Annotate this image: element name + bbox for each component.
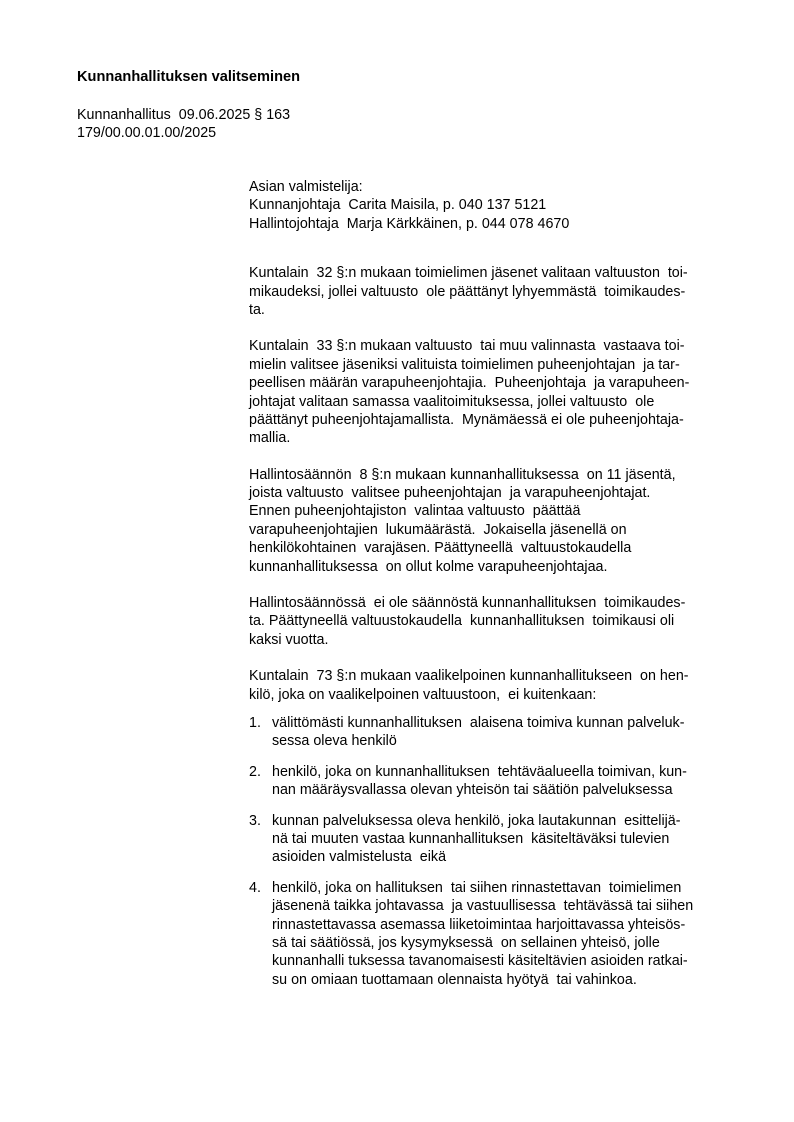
list-number: 3. bbox=[249, 812, 261, 830]
list-item: 4. henkilö, joka on hallituksen tai siih… bbox=[249, 879, 749, 989]
paragraph-line: joista valtuusto valitsee puheenjohtajan… bbox=[249, 484, 749, 502]
document-meta: Kunnanhallitus 09.06.2025 § 163 179/00.0… bbox=[77, 106, 290, 142]
paragraph-line: kaksi vuotta. bbox=[249, 631, 749, 649]
paragraph-line: varapuheenjohtajien lukumäärästä. Jokais… bbox=[249, 521, 749, 539]
paragraph-kuntalain-73: Kuntalain 73 §:n mukaan vaalikelpoinen k… bbox=[249, 667, 749, 704]
list-item: 1. välittömästi kunnanhallituksen alaise… bbox=[249, 714, 749, 751]
paragraph-line: Kuntalain 32 §:n mukaan toimielimen jäse… bbox=[249, 264, 749, 282]
list-line: nä tai muuten vastaa kunnanhallituksen k… bbox=[272, 830, 749, 848]
list-line: su on omiaan tuottamaan olennaista hyöty… bbox=[272, 971, 749, 989]
paragraph-line: mikaudeksi, jollei valtuusto ole päättän… bbox=[249, 283, 749, 301]
preparer-block: Asian valmistelija: Kunnanjohtaja Carita… bbox=[249, 178, 749, 233]
paragraph-line: Kuntalain 33 §:n mukaan valtuusto tai mu… bbox=[249, 337, 749, 355]
list-line: kunnan palveluksessa oleva henkilö, joka… bbox=[272, 812, 749, 830]
list-line: sä tai säätiössä, jos kysymyksessä on se… bbox=[272, 934, 749, 952]
diary-number: 179/00.00.01.00/2025 bbox=[77, 124, 290, 142]
paragraph-line: mallia. bbox=[249, 429, 749, 447]
list-line: henkilö, joka on hallituksen tai siihen … bbox=[272, 879, 749, 897]
paragraph-hallintosaanto-8: Hallintosäännön 8 §:n mukaan kunnanhalli… bbox=[249, 466, 749, 576]
paragraph-line: kunnanhallituksessa on ollut kolme varap… bbox=[249, 558, 749, 576]
paragraph-line: peellisen määrän varapuheenjohtajia. Puh… bbox=[249, 374, 749, 392]
eligibility-exceptions-list: 1. välittömästi kunnanhallituksen alaise… bbox=[249, 714, 749, 989]
list-line: asioiden valmistelusta eikä bbox=[272, 848, 749, 866]
preparer-heading: Asian valmistelija: bbox=[249, 178, 749, 196]
paragraph-line: Hallintosäännössä ei ole säännöstä kunna… bbox=[249, 594, 749, 612]
list-line: nan määräysvallassa olevan yhteisön tai … bbox=[272, 781, 749, 799]
paragraph-kuntalain-32: Kuntalain 32 §:n mukaan toimielimen jäse… bbox=[249, 264, 749, 319]
list-line: jäsenenä taikka johtavassa ja vastuullis… bbox=[272, 897, 749, 915]
paragraph-line: Hallintosäännön 8 §:n mukaan kunnanhalli… bbox=[249, 466, 749, 484]
paragraph-line: johtajat valitaan samassa vaalitoimituks… bbox=[249, 393, 749, 411]
meeting-section-reference: Kunnanhallitus 09.06.2025 § 163 bbox=[77, 106, 290, 124]
paragraph-line: kilö, joka on vaalikelpoinen valtuustoon… bbox=[249, 686, 749, 704]
list-number: 1. bbox=[249, 714, 261, 732]
preparer-line: Kunnanjohtaja Carita Maisila, p. 040 137… bbox=[249, 196, 749, 214]
paragraph-line: mielin valitsee jäseniksi valituista toi… bbox=[249, 356, 749, 374]
paragraph-kuntalain-33: Kuntalain 33 §:n mukaan valtuusto tai mu… bbox=[249, 337, 749, 447]
list-item: 3. kunnan palveluksessa oleva henkilö, j… bbox=[249, 812, 749, 867]
paragraph-line: henkilökohtainen varajäsen. Päättyneellä… bbox=[249, 539, 749, 557]
list-number: 4. bbox=[249, 879, 261, 897]
document-title: Kunnanhallituksen valitseminen bbox=[77, 68, 300, 86]
list-line: kunnanhalli tuksessa tavanomaisesti käsi… bbox=[272, 952, 749, 970]
paragraph-line: Ennen puheenjohtajiston valintaa valtuus… bbox=[249, 502, 749, 520]
list-item: 2. henkilö, joka on kunnanhallituksen te… bbox=[249, 763, 749, 800]
list-line: henkilö, joka on kunnanhallituksen tehtä… bbox=[272, 763, 749, 781]
preparer-line: Hallintojohtaja Marja Kärkkäinen, p. 044… bbox=[249, 215, 749, 233]
list-line: välittömästi kunnanhallituksen alaisena … bbox=[272, 714, 749, 732]
list-line: sessa oleva henkilö bbox=[272, 732, 749, 750]
list-line: rinnastettavassa asemassa liiketoimintaa… bbox=[272, 916, 749, 934]
paragraph-hallintosaanto-toimikausi: Hallintosäännössä ei ole säännöstä kunna… bbox=[249, 594, 749, 649]
paragraph-line: päättänyt puheenjohtajamallista. Mynämäe… bbox=[249, 411, 749, 429]
paragraph-line: ta. bbox=[249, 301, 749, 319]
document-body: Asian valmistelija: Kunnanjohtaja Carita… bbox=[249, 178, 749, 1001]
paragraph-line: Kuntalain 73 §:n mukaan vaalikelpoinen k… bbox=[249, 667, 749, 685]
list-number: 2. bbox=[249, 763, 261, 781]
paragraph-line: ta. Päättyneellä valtuustokaudella kunna… bbox=[249, 612, 749, 630]
